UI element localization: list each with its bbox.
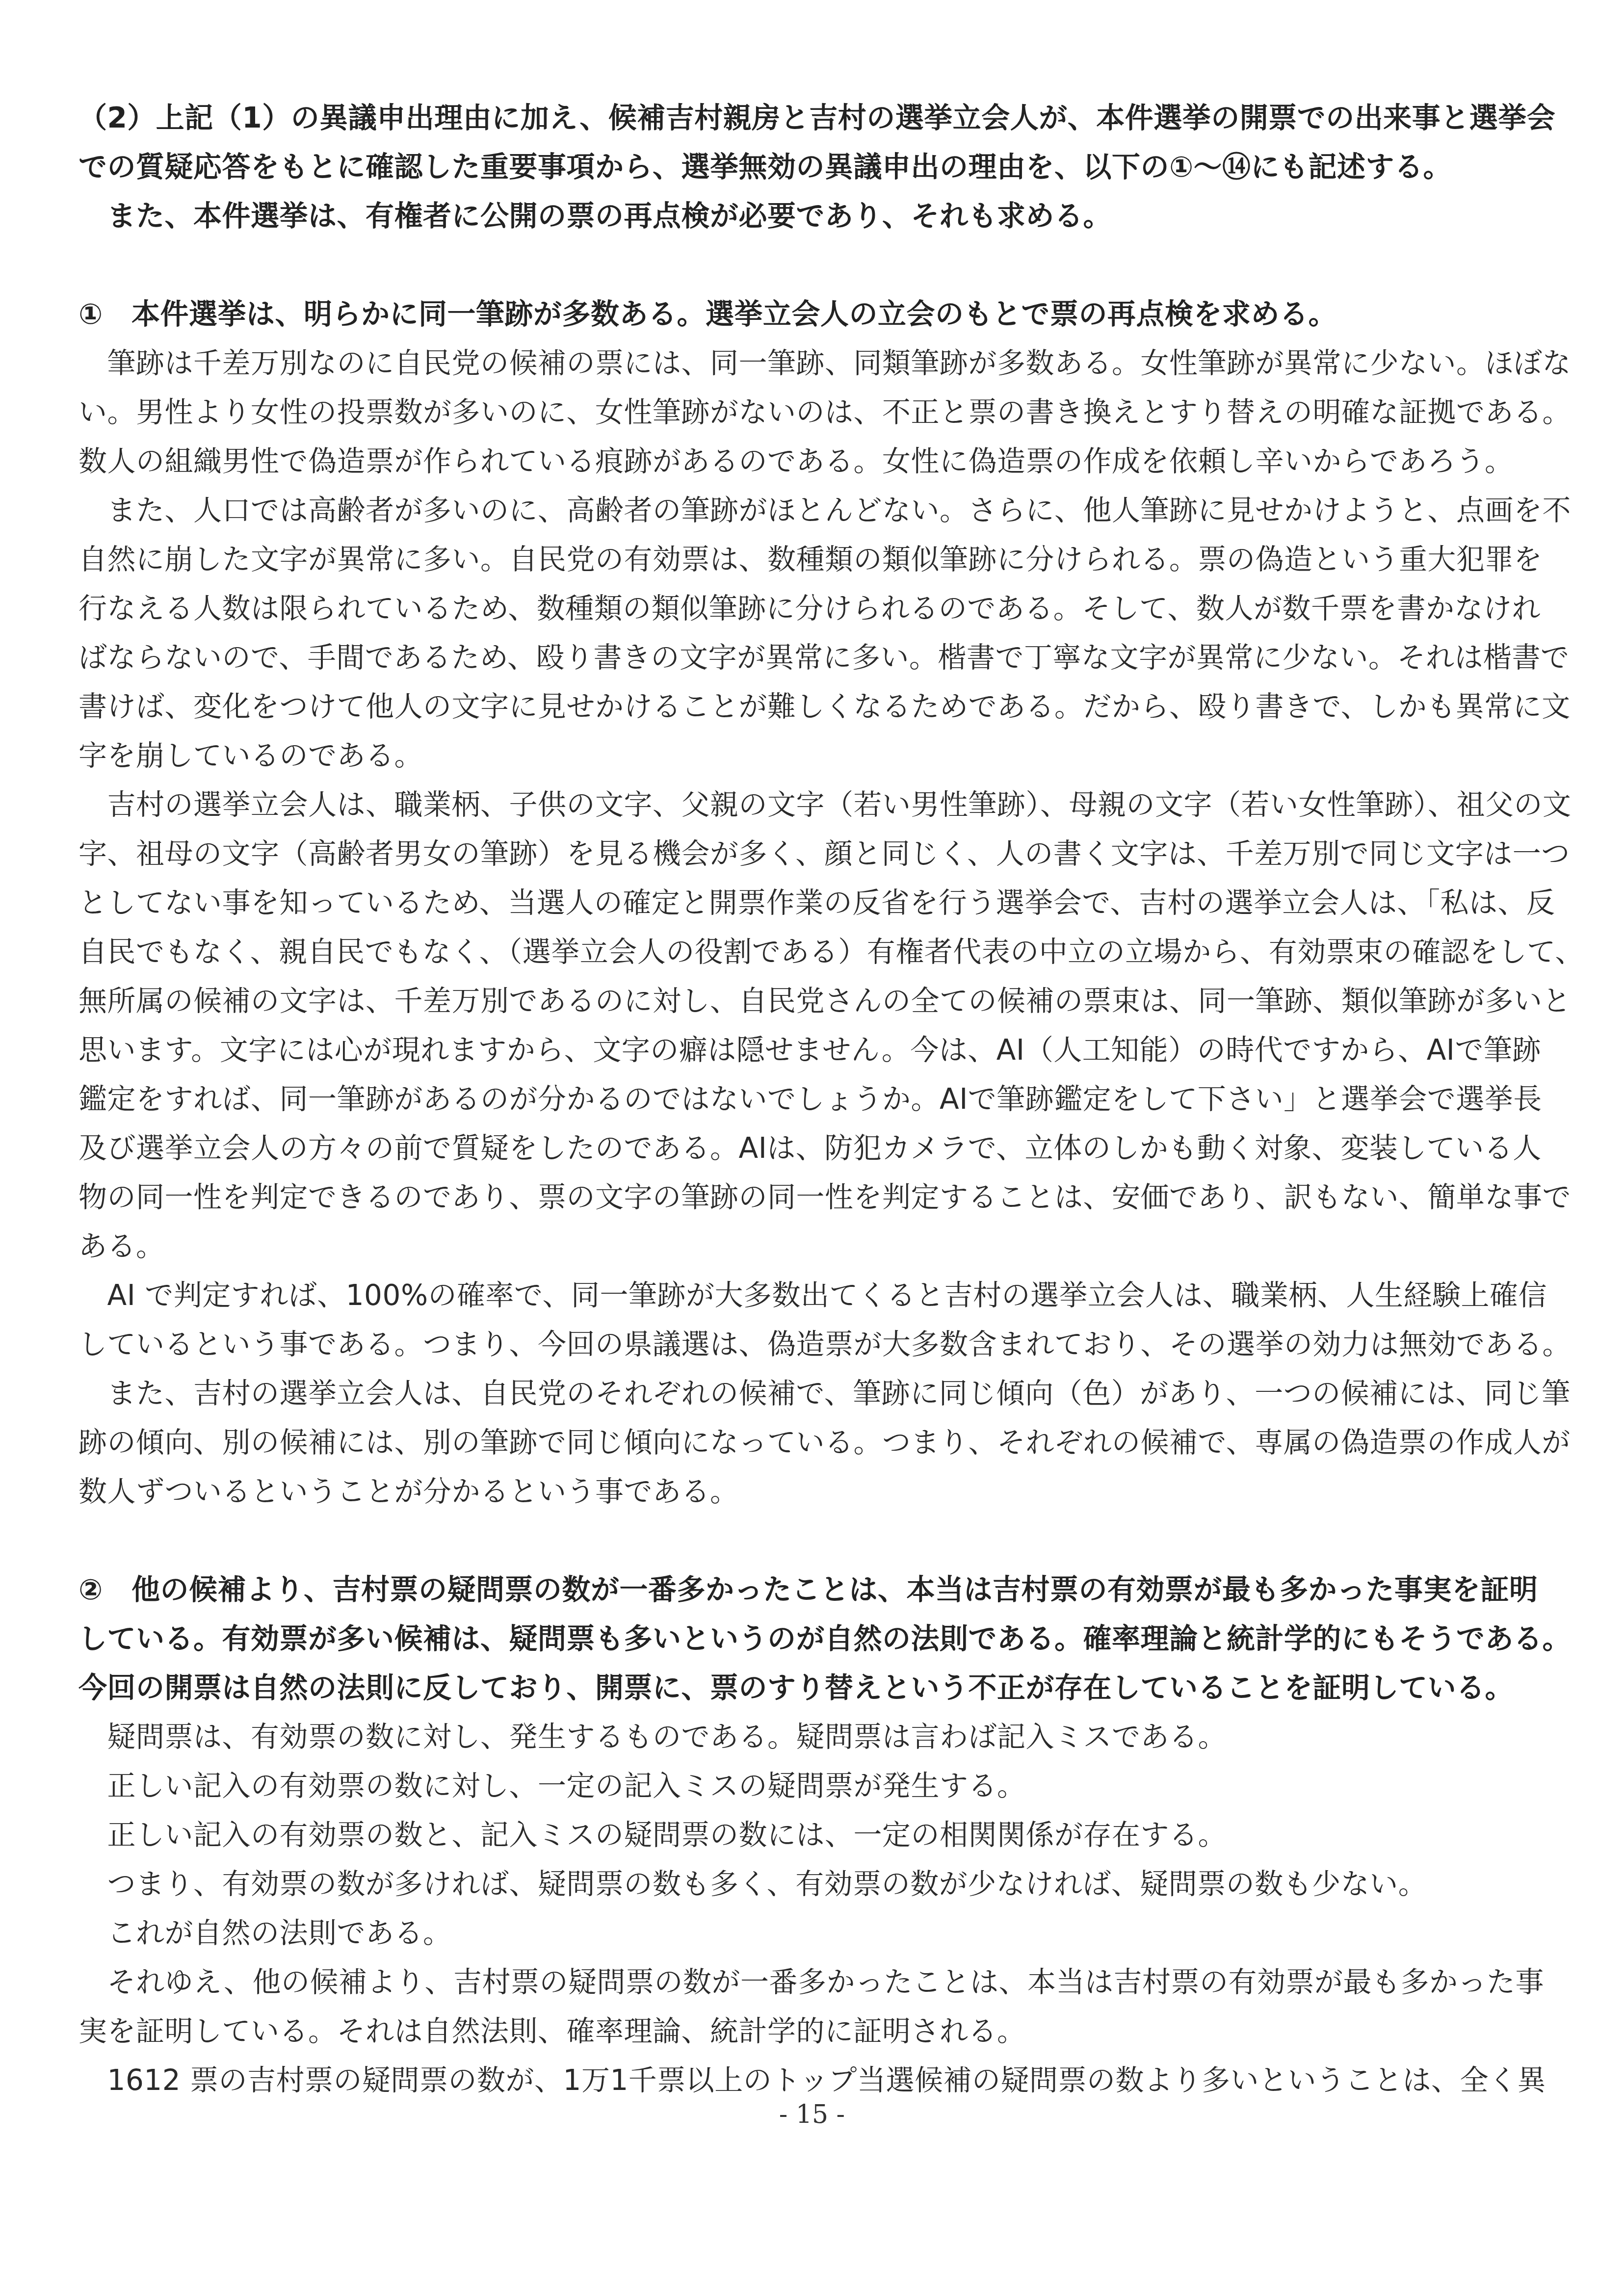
body-line: それゆえ、他の候補より、吉村票の疑問票の数が一番多かったことは、本当は吉村票の有… xyxy=(79,1957,1545,2007)
document-page: （2）上記（1）の異議申出理由に加え、候補吉村親房と吉村の選挙立会人が、本件選挙… xyxy=(79,93,1545,2105)
intro-line: また、本件選挙は、有権者に公開の票の再点検が必要であり、それも求める。 xyxy=(79,191,1545,240)
body-line: 吉村の選挙立会人は、職業柄、子供の文字、父親の文字（若い男性筆跡）、母親の文字（… xyxy=(79,780,1545,829)
body-line: 字、祖母の文字（高齢者男女の筆跡）を見る機会が多く、顔と同じく、人の書く文字は、… xyxy=(79,829,1545,878)
body-line: 字を崩しているのである。 xyxy=(79,731,1545,780)
body-line: ある。 xyxy=(79,1222,1545,1271)
body-line: 数人の組織男性で偽造票が作られている痕跡があるのである。女性に偽造票の作成を依頼… xyxy=(79,437,1545,486)
body-line: また、吉村の選挙立会人は、自民党のそれぞれの候補で、筆跡に同じ傾向（色）があり、… xyxy=(79,1369,1545,1418)
section-2: ② 他の候補より、吉村票の疑問票の数が一番多かったことは、本当は吉村票の有効票が… xyxy=(79,1565,1545,2105)
body-line: 自民でもなく、親自民でもなく、（選挙立会人の役割である）有権者代表の中立の立場か… xyxy=(79,927,1545,976)
body-line: 数人ずついるということが分かるという事である。 xyxy=(79,1467,1545,1516)
body-line: 書けば、変化をつけて他人の文字に見せかけることが難しくなるためである。だから、殴… xyxy=(79,682,1545,731)
body-line: ばならないので、手間であるため、殴り書きの文字が異常に多い。楷書で丁寧な文字が異… xyxy=(79,633,1545,682)
body-line: つまり、有効票の数が多ければ、疑問票の数も多く、有効票の数が少なければ、疑問票の… xyxy=(79,1859,1545,1908)
section-1: ① 本件選挙は、明らかに同一筆跡が多数ある。選挙立会人の立会のもとで票の再点検を… xyxy=(79,289,1545,1516)
section-2-heading: ② 他の候補より、吉村票の疑問票の数が一番多かったことは、本当は吉村票の有効票が… xyxy=(79,1565,1545,1614)
body-line: 思います。文字には心が現れますから、文字の癖は隠せません。今は、AI（人工知能）… xyxy=(79,1025,1545,1074)
body-line: 疑問票は、有効票の数に対し、発生するものである。疑問票は言わば記入ミスである。 xyxy=(79,1712,1545,1761)
section-2-heading: 今回の開票は自然の法則に反しており、開票に、票のすり替えという不正が存在している… xyxy=(79,1663,1545,1712)
body-line: 行なえる人数は限られているため、数種類の類似筆跡に分けられるのである。そして、数… xyxy=(79,584,1545,633)
body-line: い。男性より女性の投票数が多いのに、女性筆跡がないのは、不正と票の書き換えとすり… xyxy=(79,388,1545,437)
body-line: 鑑定をすれば、同一筆跡があるのが分かるのではないでしょうか。AIで筆跡鑑定をして… xyxy=(79,1074,1545,1123)
spacer xyxy=(79,240,1545,289)
body-line: としてない事を知っているため、当選人の確定と開票作業の反省を行う選挙会で、吉村の… xyxy=(79,878,1545,927)
body-line: 実を証明している。それは自然法則、確率理論、統計学的に証明される。 xyxy=(79,2007,1545,2056)
body-line: 無所属の候補の文字は、千差万別であるのに対し、自民党さんの全ての候補の票束は、同… xyxy=(79,976,1545,1025)
section-1-heading: ① 本件選挙は、明らかに同一筆跡が多数ある。選挙立会人の立会のもとで票の再点検を… xyxy=(79,289,1545,339)
intro-line: （2）上記（1）の異議申出理由に加え、候補吉村親房と吉村の選挙立会人が、本件選挙… xyxy=(79,93,1545,142)
body-line: しているという事である。つまり、今回の県議選は、偽造票が大多数含まれており、その… xyxy=(79,1320,1545,1369)
body-line: 筆跡は千差万別なのに自民党の候補の票には、同一筆跡、同類筆跡が多数ある。女性筆跡… xyxy=(79,339,1545,388)
body-line: これが自然の法則である。 xyxy=(79,1908,1545,1957)
body-line: 及び選挙立会人の方々の前で質疑をしたのである。AIは、防犯カメラで、立体のしかも… xyxy=(79,1123,1545,1173)
intro-line: での質疑応答をもとに確認した重要事項から、選挙無効の異議申出の理由を、以下の①～… xyxy=(79,142,1545,191)
body-line: 自然に崩した文字が異常に多い。自民党の有効票は、数種類の類似筆跡に分けられる。票… xyxy=(79,535,1545,584)
body-line: 物の同一性を判定できるのであり、票の文字の筆跡の同一性を判定することは、安価であ… xyxy=(79,1173,1545,1222)
body-line: また、人口では高齢者が多いのに、高齢者の筆跡がほとんどない。さらに、他人筆跡に見… xyxy=(79,486,1545,535)
body-line: 跡の傾向、別の候補には、別の筆跡で同じ傾向になっている。つまり、それぞれの候補で… xyxy=(79,1418,1545,1467)
spacer xyxy=(79,1516,1545,1565)
page-number: - 15 - xyxy=(0,2100,1624,2129)
body-line: 1612 票の吉村票の疑問票の数が、1万1千票以上のトップ当選候補の疑問票の数よ… xyxy=(79,2056,1545,2105)
body-line: 正しい記入の有効票の数に対し、一定の記入ミスの疑問票が発生する。 xyxy=(79,1761,1545,1810)
body-line: 正しい記入の有効票の数と、記入ミスの疑問票の数には、一定の相関関係が存在する。 xyxy=(79,1810,1545,1859)
body-line: AI で判定すれば、100%の確率で、同一筆跡が大多数出てくると吉村の選挙立会人… xyxy=(79,1271,1545,1320)
section-2-heading: している。有効票が多い候補は、疑問票も多いというのが自然の法則である。確率理論と… xyxy=(79,1614,1545,1663)
intro-paragraph: （2）上記（1）の異議申出理由に加え、候補吉村親房と吉村の選挙立会人が、本件選挙… xyxy=(79,93,1545,240)
